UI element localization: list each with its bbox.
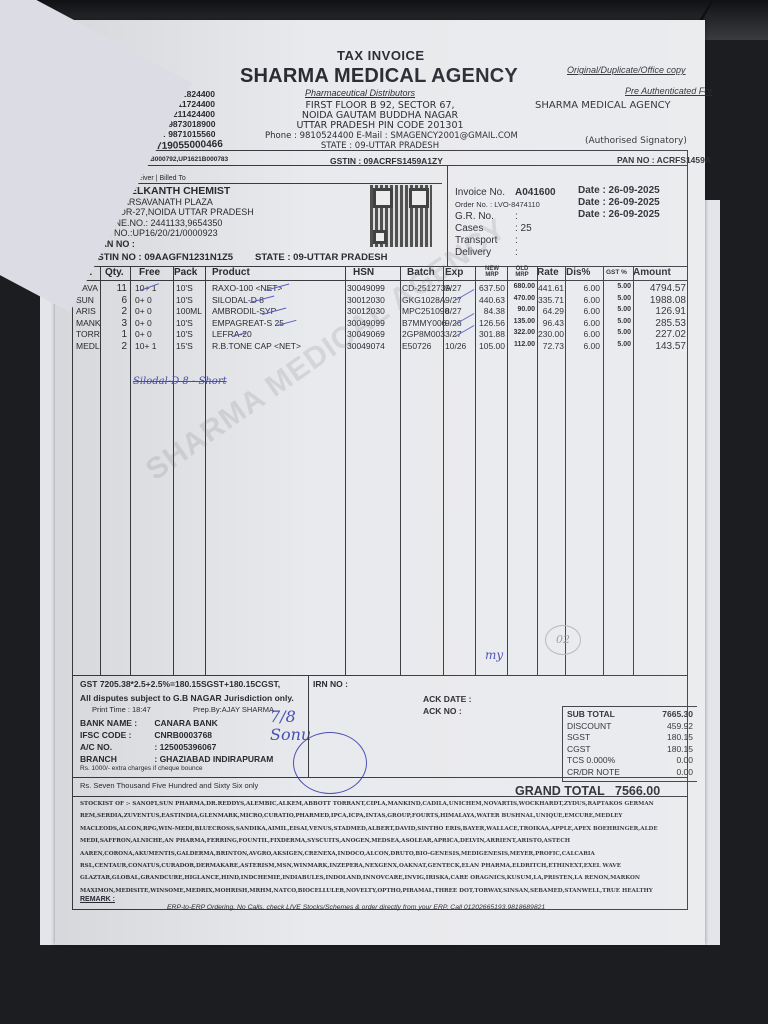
divider bbox=[72, 165, 688, 166]
col-header-gst: GST % bbox=[606, 269, 627, 276]
bank-details: BANK NAME : CANARA BANK IFSC CODE : CNRB… bbox=[80, 717, 273, 765]
col-header-qty: Qty. bbox=[105, 267, 124, 278]
table-column-divider bbox=[130, 266, 131, 675]
pre-authenticated-name: SHARMA MEDICAL AGENCY bbox=[535, 100, 671, 111]
divider bbox=[72, 796, 688, 797]
gst-calculation: GST 7205.38*2.5+2.5%=180.15SGST+180.15CG… bbox=[80, 679, 280, 689]
col-header-rate: Rate bbox=[537, 267, 559, 278]
cell-free: 0+ 0 bbox=[135, 295, 152, 305]
cell-free: 0+ 0 bbox=[135, 318, 152, 328]
cell-qty: 2 bbox=[105, 306, 127, 317]
col-header-dis: Dis% bbox=[566, 267, 590, 278]
col-header-pack: Pack bbox=[174, 267, 197, 278]
col-header-free: Free bbox=[139, 267, 160, 278]
document-title: TAX INVOICE bbox=[337, 48, 425, 63]
cell-rate: 441.61 bbox=[537, 283, 564, 293]
divider bbox=[308, 675, 309, 777]
totals-value: 180.15 bbox=[667, 744, 693, 756]
totals-label: CR/DR NOTE bbox=[567, 767, 620, 779]
table-column-divider bbox=[507, 266, 508, 675]
totals-value: 0.00 bbox=[676, 767, 693, 779]
qr-code bbox=[370, 185, 432, 247]
prepared-by: Prep.By:AJAY SHARMA bbox=[193, 705, 274, 714]
totals-label: TCS 0.000% bbox=[567, 755, 615, 767]
seller-tagline: Pharmaceutical Distributors bbox=[305, 88, 415, 98]
cell-qty: 6 bbox=[105, 295, 127, 306]
table-column-divider bbox=[400, 266, 401, 675]
cell-new-mrp: 637.50 bbox=[475, 283, 505, 293]
cell-amount: 143.57 bbox=[633, 341, 686, 352]
cell-rate: 64.29 bbox=[537, 306, 564, 316]
seller-pan: PAN NO : ACRFS1459A bbox=[617, 155, 711, 165]
table-column-divider bbox=[603, 266, 604, 675]
seller-address: FIRST FLOOR B 92, SECTOR 67, NOIDA GAUTA… bbox=[265, 101, 495, 151]
handwritten-circled-note: 02 bbox=[545, 625, 581, 655]
cell-exp: 10/26 bbox=[445, 341, 466, 351]
cases-count: : 25 bbox=[515, 223, 532, 234]
cell-exp: 8/27 bbox=[445, 306, 462, 316]
totals-row: CGST180.15 bbox=[567, 744, 693, 756]
col-header-amount: Amount bbox=[633, 267, 671, 278]
totals-value: 459.92 bbox=[667, 721, 693, 733]
cell-gst: 5.00 bbox=[603, 318, 631, 325]
cell-pack: 10'S bbox=[176, 329, 193, 339]
handwritten-struck-note: Silodal-D 8 - Short bbox=[133, 376, 227, 387]
table-header-border bbox=[72, 280, 688, 281]
cell-rate: 335.71 bbox=[537, 295, 564, 305]
cell-old-mrp: 90.00 bbox=[507, 306, 535, 313]
cell-new-mrp: 84.38 bbox=[475, 306, 505, 316]
totals-value: 180.15 bbox=[667, 732, 693, 744]
cell-rate: 96.43 bbox=[537, 318, 564, 328]
stockist-list: STOCKIST OF :- SANOFI,SUN PHARMA,DR.REDD… bbox=[80, 798, 685, 897]
irn-number: IRN NO : bbox=[313, 679, 348, 689]
cell-amount: 126.91 bbox=[633, 306, 686, 317]
totals-value: 0.00 bbox=[676, 755, 693, 767]
cell-amount: 1988.08 bbox=[633, 295, 686, 306]
totals-label: SUB TOTAL bbox=[567, 709, 615, 721]
cell-qty: 2 bbox=[105, 341, 127, 352]
totals-label: CGST bbox=[567, 744, 591, 756]
pre-authenticated-label: Pre Authenticated For bbox=[625, 86, 712, 96]
cell-amount: 285.53 bbox=[633, 318, 686, 329]
cell-pack: 100ML bbox=[176, 306, 202, 316]
cell-new-mrp: 105.00 bbox=[475, 341, 505, 351]
cell-product: R.B.TONE CAP <NET> bbox=[212, 341, 301, 351]
cell-gst: 5.00 bbox=[603, 283, 631, 290]
col-header-old-mrp: OLD MRP bbox=[509, 266, 535, 278]
cell-batch: B7MMY006 bbox=[402, 318, 446, 328]
cell-rate: 230.00 bbox=[537, 329, 564, 339]
col-header-product: Product bbox=[212, 267, 250, 278]
remark-label: REMARK : bbox=[80, 896, 115, 903]
divider bbox=[72, 675, 688, 676]
cell-gst: 5.00 bbox=[603, 295, 631, 302]
cell-amount: 4794.57 bbox=[633, 283, 686, 294]
cell-qty: 11 bbox=[105, 283, 127, 294]
cell-batch: E50726 bbox=[402, 341, 431, 351]
cell-rate: 72.73 bbox=[537, 341, 564, 351]
cell-old-mrp: 322.00 bbox=[507, 329, 535, 336]
cell-free: 0+ 0 bbox=[135, 306, 152, 316]
totals-row: SUB TOTAL7665.30 bbox=[567, 709, 693, 721]
table-column-divider bbox=[205, 266, 206, 675]
cell-co: SUN bbox=[76, 295, 94, 305]
cell-old-mrp: 112.00 bbox=[507, 341, 535, 348]
footer-note: ERP-to-ERP Ordering, No Calls, check LIV… bbox=[167, 904, 545, 911]
cell-qty: 3 bbox=[105, 318, 127, 329]
invoice-dates: Date : 26-09-2025Date : 26-09-2025Date :… bbox=[578, 185, 660, 221]
cell-dis: 6.00 bbox=[565, 306, 600, 316]
cell-amount: 227.02 bbox=[633, 329, 686, 340]
cell-co: ARIS bbox=[76, 306, 96, 316]
cell-free: 0+ 0 bbox=[135, 329, 152, 339]
cell-pack: 10'S bbox=[176, 283, 193, 293]
cell-free: 10+ 1 bbox=[135, 341, 157, 351]
cell-old-mrp: 135.00 bbox=[507, 318, 535, 325]
cell-product: AMBRODIL-SYP bbox=[212, 306, 276, 316]
cell-qty: 1 bbox=[105, 329, 127, 340]
cell-old-mrp: 470.00 bbox=[507, 295, 535, 302]
print-time: Print Time : 18:47 bbox=[92, 705, 151, 714]
cell-dis: 6.00 bbox=[565, 341, 600, 351]
receiver-state: STATE : 09-UTTAR PRADESH bbox=[255, 252, 387, 263]
cell-dis: 6.00 bbox=[565, 283, 600, 293]
cell-co: MANK bbox=[76, 318, 101, 328]
totals-label: DISCOUNT bbox=[567, 721, 611, 733]
cell-new-mrp: 301.88 bbox=[475, 329, 505, 339]
cell-new-mrp: 440.63 bbox=[475, 295, 505, 305]
cell-batch: 2GP8M003 bbox=[402, 329, 445, 339]
jurisdiction-note: All disputes subject to G.B NAGAR Jurisd… bbox=[80, 693, 294, 703]
totals-label: SGST bbox=[567, 732, 590, 744]
ack-details: ACK DATE : ACK NO : bbox=[423, 693, 471, 717]
totals-row: DISCOUNT459.92 bbox=[567, 721, 693, 733]
cell-product: EMPAGREAT-S 25 bbox=[212, 318, 284, 328]
cell-pack: 15'S bbox=[176, 341, 193, 351]
cell-co: TORR bbox=[76, 329, 100, 339]
invoice-paper: TAX INVOICE SHARMA MEDICAL AGENCY Origin… bbox=[55, 20, 705, 945]
copy-label: Original/Duplicate/Office copy bbox=[567, 65, 686, 75]
table-top-border bbox=[72, 266, 688, 267]
handwritten-circle bbox=[293, 732, 367, 794]
handwritten-initials: my bbox=[485, 648, 503, 662]
totals-row: SGST180.15 bbox=[567, 732, 693, 744]
cell-dis: 6.00 bbox=[565, 329, 600, 339]
cell-old-mrp: 680.00 bbox=[507, 283, 535, 290]
totals-row: TCS 0.000%0.00 bbox=[567, 755, 693, 767]
invoice-number: A041600 bbox=[515, 187, 556, 198]
amount-in-words: Rs. Seven Thousand Five Hundred and Sixt… bbox=[80, 781, 258, 790]
seller-name: SHARMA MEDICAL AGENCY bbox=[240, 65, 518, 88]
cell-dis: 6.00 bbox=[565, 295, 600, 305]
receiver-gstin: GSTIN NO : 09AAGFN1231N1Z5 bbox=[90, 252, 233, 263]
cell-co: MEDL bbox=[76, 341, 100, 351]
col-header-hsn: HSN bbox=[353, 267, 374, 278]
cell-new-mrp: 126.56 bbox=[475, 318, 505, 328]
cheque-bounce-note: Rs. 1000/- extra charges if cheque bounc… bbox=[80, 765, 203, 772]
cell-gst: 5.00 bbox=[603, 341, 631, 348]
cell-gst: 5.00 bbox=[603, 306, 631, 313]
totals-box: SUB TOTAL7665.30DISCOUNT459.92SGST180.15… bbox=[562, 706, 697, 782]
cell-dis: 6.00 bbox=[565, 318, 600, 328]
col-header-new-mrp: NEW MRP bbox=[479, 266, 505, 278]
cell-pack: 10'S bbox=[176, 295, 193, 305]
authorised-signatory: (Authorised Signatory) bbox=[585, 136, 687, 146]
cell-product: LEFRA-20 bbox=[212, 329, 252, 339]
totals-value: 7665.30 bbox=[662, 709, 693, 721]
cell-gst: 5.00 bbox=[603, 329, 631, 336]
order-number: : LVO-8474110 bbox=[490, 200, 540, 209]
totals-row: CR/DR NOTE0.00 bbox=[567, 767, 693, 779]
cell-pack: 10'S bbox=[176, 318, 193, 328]
